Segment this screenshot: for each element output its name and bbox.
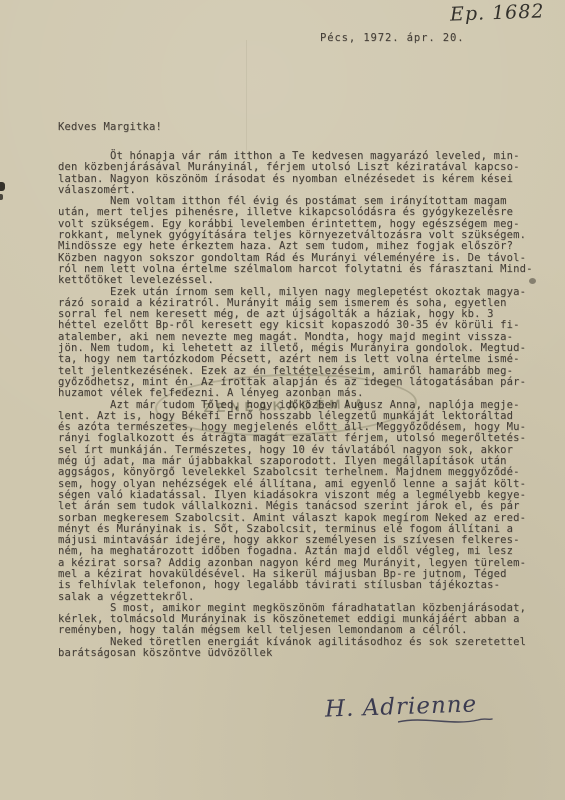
paragraph-1: Öt hónapja vár rám itthon a Te kedvesen … [58,151,563,196]
paragraph-5: S most, amikor megint megköszönöm fáradh… [58,603,563,637]
archival-number: Ep. 1682 [450,0,545,25]
signature: H. Adrienne [325,691,478,722]
paragraph-4: Azt már tudom Tőled, hogy időközben Augu… [58,400,563,603]
letter-page: Ep. 1682 Pécs, 1972. ápr. 20. Kedves Mar… [0,0,565,800]
paper-speck [0,194,3,200]
paper-speck [0,182,5,191]
paragraph-2: Nem voltam itthon fél évig és postámat s… [58,196,563,286]
place-date: Pécs, 1972. ápr. 20. [320,32,464,44]
paper-crease [246,40,247,155]
paragraph-3: Ezek után írnom sem kell, milyen nagy me… [58,287,563,400]
closing-lines: Neked töretlen energiát kívánok agilitás… [58,637,563,660]
letter-body: Öt hónapja vár rám itthon a Te kedvesen … [58,151,563,659]
salutation: Kedves Margitka! [58,121,162,133]
signature-text: H. Adrienne [325,691,478,722]
